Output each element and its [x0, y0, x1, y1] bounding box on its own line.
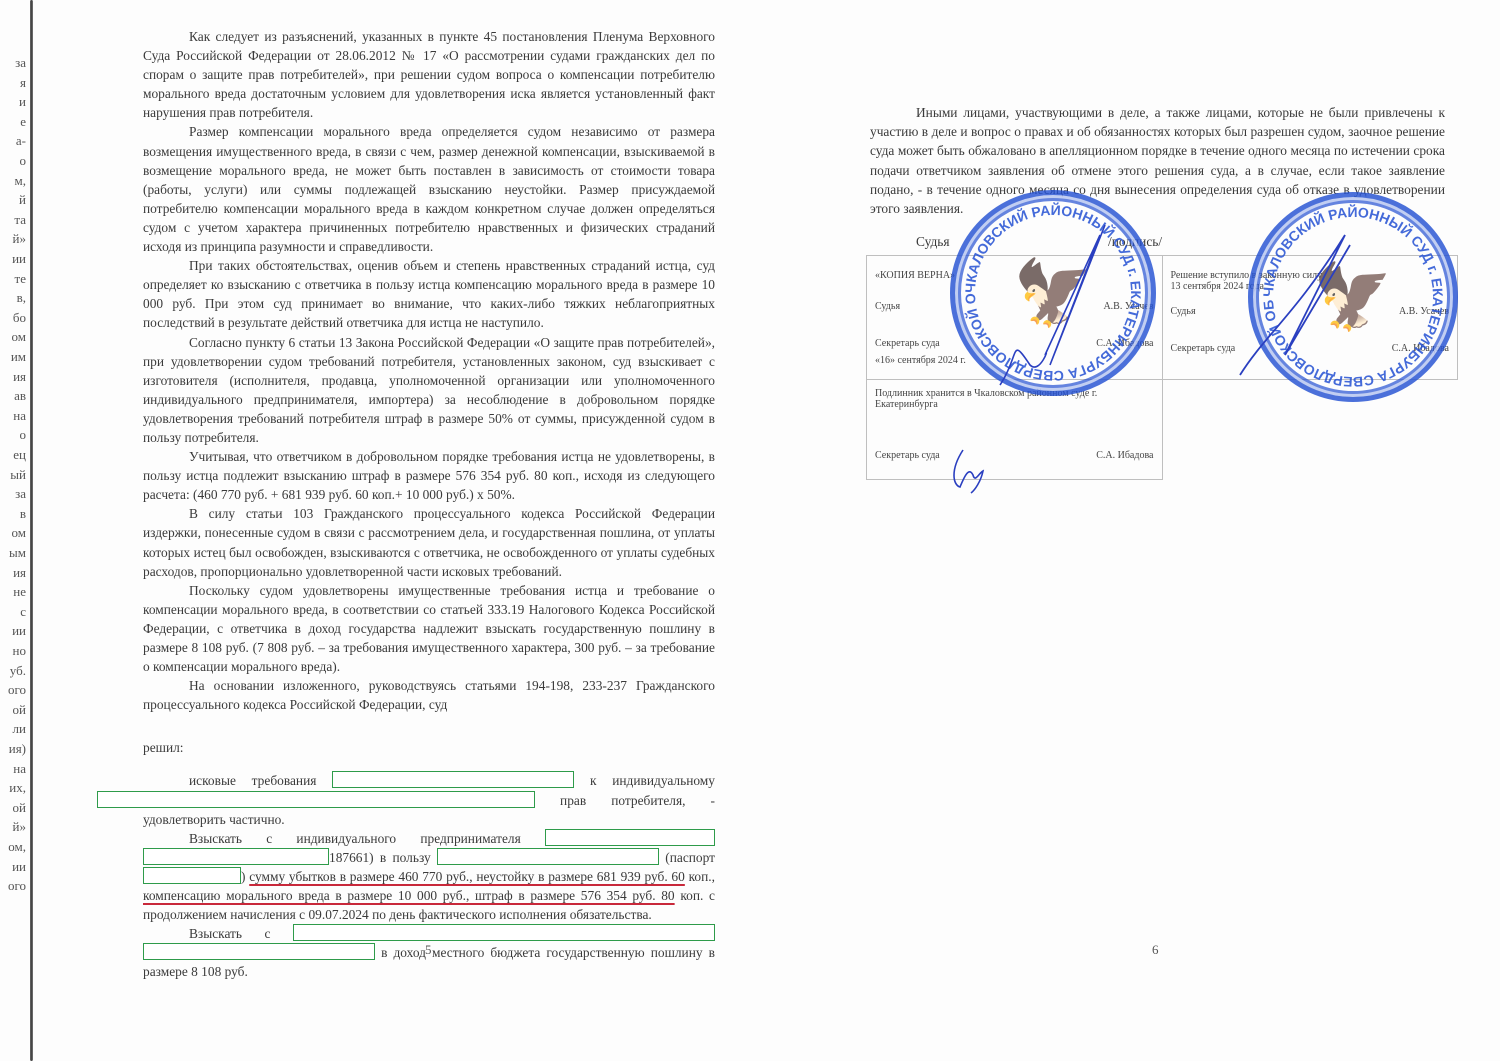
previous-page-text-fragment: ии: [12, 251, 26, 267]
previous-page-text-fragment: в,: [17, 290, 26, 306]
previous-page-text-fragment: но: [13, 643, 26, 659]
underlined-amounts: сумму убытков в размере 460 770 руб., не…: [249, 869, 685, 884]
previous-page-text-fragment: с: [20, 604, 26, 620]
paragraph: На основании изложенного, руководствуясь…: [143, 676, 715, 714]
paragraph: При таких обстоятельствах, оценив объем …: [143, 256, 715, 332]
paragraph: Согласно пункту 6 статьи 13 Закона Росси…: [143, 333, 715, 448]
redacted-defendant-name: [293, 924, 715, 941]
page-number: 5: [425, 942, 432, 958]
redacted-recipient-name: [437, 848, 659, 865]
secretary-name: С.А. Ибадова: [1096, 450, 1153, 461]
paragraph: Размер компенсации морального вреда опре…: [143, 122, 715, 256]
previous-page-text-fragment: ой: [13, 702, 26, 718]
previous-page-text-fragment: ый: [10, 467, 26, 483]
redacted-entrepreneur-name: [545, 829, 715, 846]
previous-page-text-fragment: уб.: [10, 663, 26, 679]
text: коп.,: [689, 869, 715, 884]
previous-page-text-fragment: те: [15, 271, 26, 287]
previous-page-text-fragment: ии: [12, 859, 26, 875]
text: Взыскать с: [189, 926, 270, 941]
redacted-passport: [143, 867, 241, 884]
underlined-amounts: компенсацию морального вреда в размере 1…: [143, 888, 675, 903]
previous-page-text-fragment: й»: [13, 231, 26, 247]
secretary-row: Секретарь суда С.А. Ибадова: [875, 450, 1154, 461]
text: (паспорт: [665, 850, 715, 865]
previous-page-text-fragment: й: [19, 192, 26, 208]
previous-page-text-fragment: за: [15, 486, 26, 502]
previous-page-text-fragment: я: [20, 75, 26, 91]
page-fold-line: [30, 0, 33, 1061]
previous-page-text-fragment: ой: [13, 800, 26, 816]
secretary-label: Секретарь суда: [875, 450, 940, 461]
page-number: 6: [1152, 942, 1159, 958]
previous-page-text-fragment: м,: [15, 173, 26, 189]
previous-page-text-fragment: е: [20, 114, 26, 130]
judge-label: Судья: [916, 234, 950, 250]
text: исковые требования: [189, 773, 316, 788]
decision-paragraph-2: Взыскать с индивидуального предпринимате…: [143, 829, 715, 924]
paragraph: Поскольку судом удовлетворены имуществен…: [143, 581, 715, 676]
previous-page-text-fragment: бо: [13, 310, 26, 326]
previous-page-text-fragment: на: [13, 408, 26, 424]
previous-page-text-fragment: ли: [13, 721, 26, 737]
previous-page-text-fragment: о: [20, 153, 27, 169]
text: 187661) в пользу: [329, 850, 431, 865]
previous-page-text-fragment: ии: [12, 623, 26, 639]
previous-page-text-fragment: ав: [14, 388, 26, 404]
previous-page-text-fragment: ия: [13, 565, 26, 581]
judge-label: Судья: [1171, 306, 1196, 317]
previous-page-text-fragment: ец: [13, 447, 26, 463]
previous-page-text-fragment: й»: [13, 819, 26, 835]
previous-page-text-fragment: им: [11, 349, 26, 365]
paragraph: Учитывая, что ответчиком в добровольном …: [143, 447, 715, 504]
previous-page-text-fragment: в: [20, 506, 26, 522]
paragraph: Как следует из разъяснений, указанных в …: [143, 27, 715, 122]
previous-page-text-fragment: о: [20, 427, 27, 443]
judge-signature-scribble-icon: [1225, 225, 1365, 385]
previous-page-text-fragment: ом: [12, 525, 26, 541]
previous-page-text-fragment: ия: [13, 369, 26, 385]
judge-label: Судья: [875, 301, 900, 312]
redacted-defendant-details: [143, 943, 375, 960]
redacted-inn: [143, 848, 329, 865]
judge-signature-scribble-icon: [990, 215, 1120, 395]
decision-heading: решил:: [143, 738, 715, 757]
previous-page-text-fragment: и: [19, 94, 26, 110]
previous-page-text-fragment: ом: [12, 329, 26, 345]
previous-page-text-fragment: ом,: [8, 839, 26, 855]
redacted-plaintiff-name: [332, 771, 574, 788]
previous-page-text-fragment: ым: [9, 545, 26, 561]
previous-page-text-fragment: а-: [16, 133, 26, 149]
previous-page-text-fragment: на: [13, 761, 26, 777]
decision-paragraph-1: исковые требования к индивидуальному пра…: [143, 771, 715, 828]
secretary-signature-scribble-icon: [945, 445, 995, 495]
previous-page-text-fragment: их,: [9, 780, 26, 796]
previous-page-text-fragment: ия): [9, 741, 26, 757]
text: Взыскать с индивидуального предпринимате…: [189, 831, 521, 846]
previous-page-text-fragment: за: [15, 55, 26, 71]
previous-page-text-fragment: та: [14, 212, 26, 228]
previous-page-text-fragment: ого: [8, 878, 26, 894]
previous-page-edge: заяиеа-ом,йтай»иитев,боомимияавнаоецыйза…: [0, 0, 28, 1061]
previous-page-text-fragment: не: [13, 584, 26, 600]
redacted-defendant-claim: [97, 791, 535, 808]
paragraph: В силу статьи 103 Гражданского процессуа…: [143, 504, 715, 580]
secretary-label: Секретарь суда: [875, 338, 940, 349]
previous-page-text-fragment: ого: [8, 682, 26, 698]
page-5: Как следует из разъяснений, указанных в …: [143, 27, 715, 982]
text: к индивидуальному: [590, 773, 715, 788]
